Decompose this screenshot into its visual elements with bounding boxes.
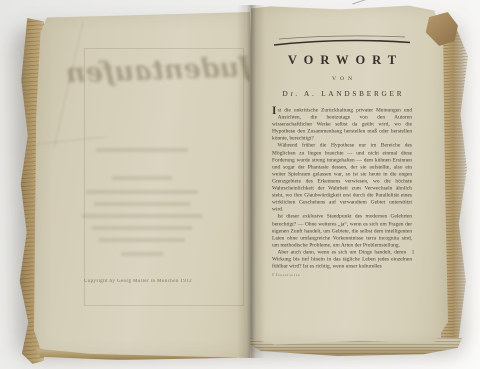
paragraph-text: st die unkritische Zurückhaltung private… <box>272 107 412 142</box>
showthrough-text-line <box>86 190 198 194</box>
preface-title: VORWORT <box>272 53 412 68</box>
photo-of-open-book: Judentaufen Copyright by Georg Müller in… <box>0 0 480 369</box>
signature-line: 1 Judentaufen <box>272 274 381 279</box>
double-rule-ornament-icon <box>272 35 412 47</box>
showthrough-text-line <box>112 176 172 180</box>
preface-author: Dr. A. LANDSBERGER <box>272 90 412 98</box>
paragraph: Ist dieser exklusive Standpunkt des mode… <box>272 213 412 248</box>
paragraph: 1Aber auch dann, wenn es sich um Dinge h… <box>272 248 412 269</box>
left-page: Judentaufen Copyright by Georg Müller in… <box>34 12 250 358</box>
preface-content: VORWORT VON Dr. A. LANDSBERGER Ist die u… <box>272 35 412 329</box>
preface-byline-von: VON <box>272 76 412 82</box>
showthrough-text-line <box>94 202 190 206</box>
showthrough-text-line <box>121 252 163 256</box>
showthrough-text-line <box>92 226 192 230</box>
showthrough-text-line <box>96 148 188 152</box>
paragraph: Ist die unkritische Zurückhaltung privat… <box>272 107 412 142</box>
right-page: VORWORT VON Dr. A. LANDSBERGER Ist die u… <box>251 5 448 346</box>
showthrough-text-line <box>99 238 185 242</box>
copyright-line: Copyright by Georg Müller in München 191… <box>34 279 242 284</box>
paragraph: Während früher die Hypothese nur im Bere… <box>272 142 412 213</box>
paragraph-text: Aber auch dann, wenn es sich um Dinge ha… <box>272 248 412 268</box>
showthrough-text-line <box>82 214 202 218</box>
showthrough-title-mirrored: Judentaufen <box>72 52 253 89</box>
background-scratch <box>352 0 368 4</box>
page-mark: 1 <box>406 248 414 255</box>
preface-body: Ist die unkritische Zurückhaltung privat… <box>272 107 412 280</box>
